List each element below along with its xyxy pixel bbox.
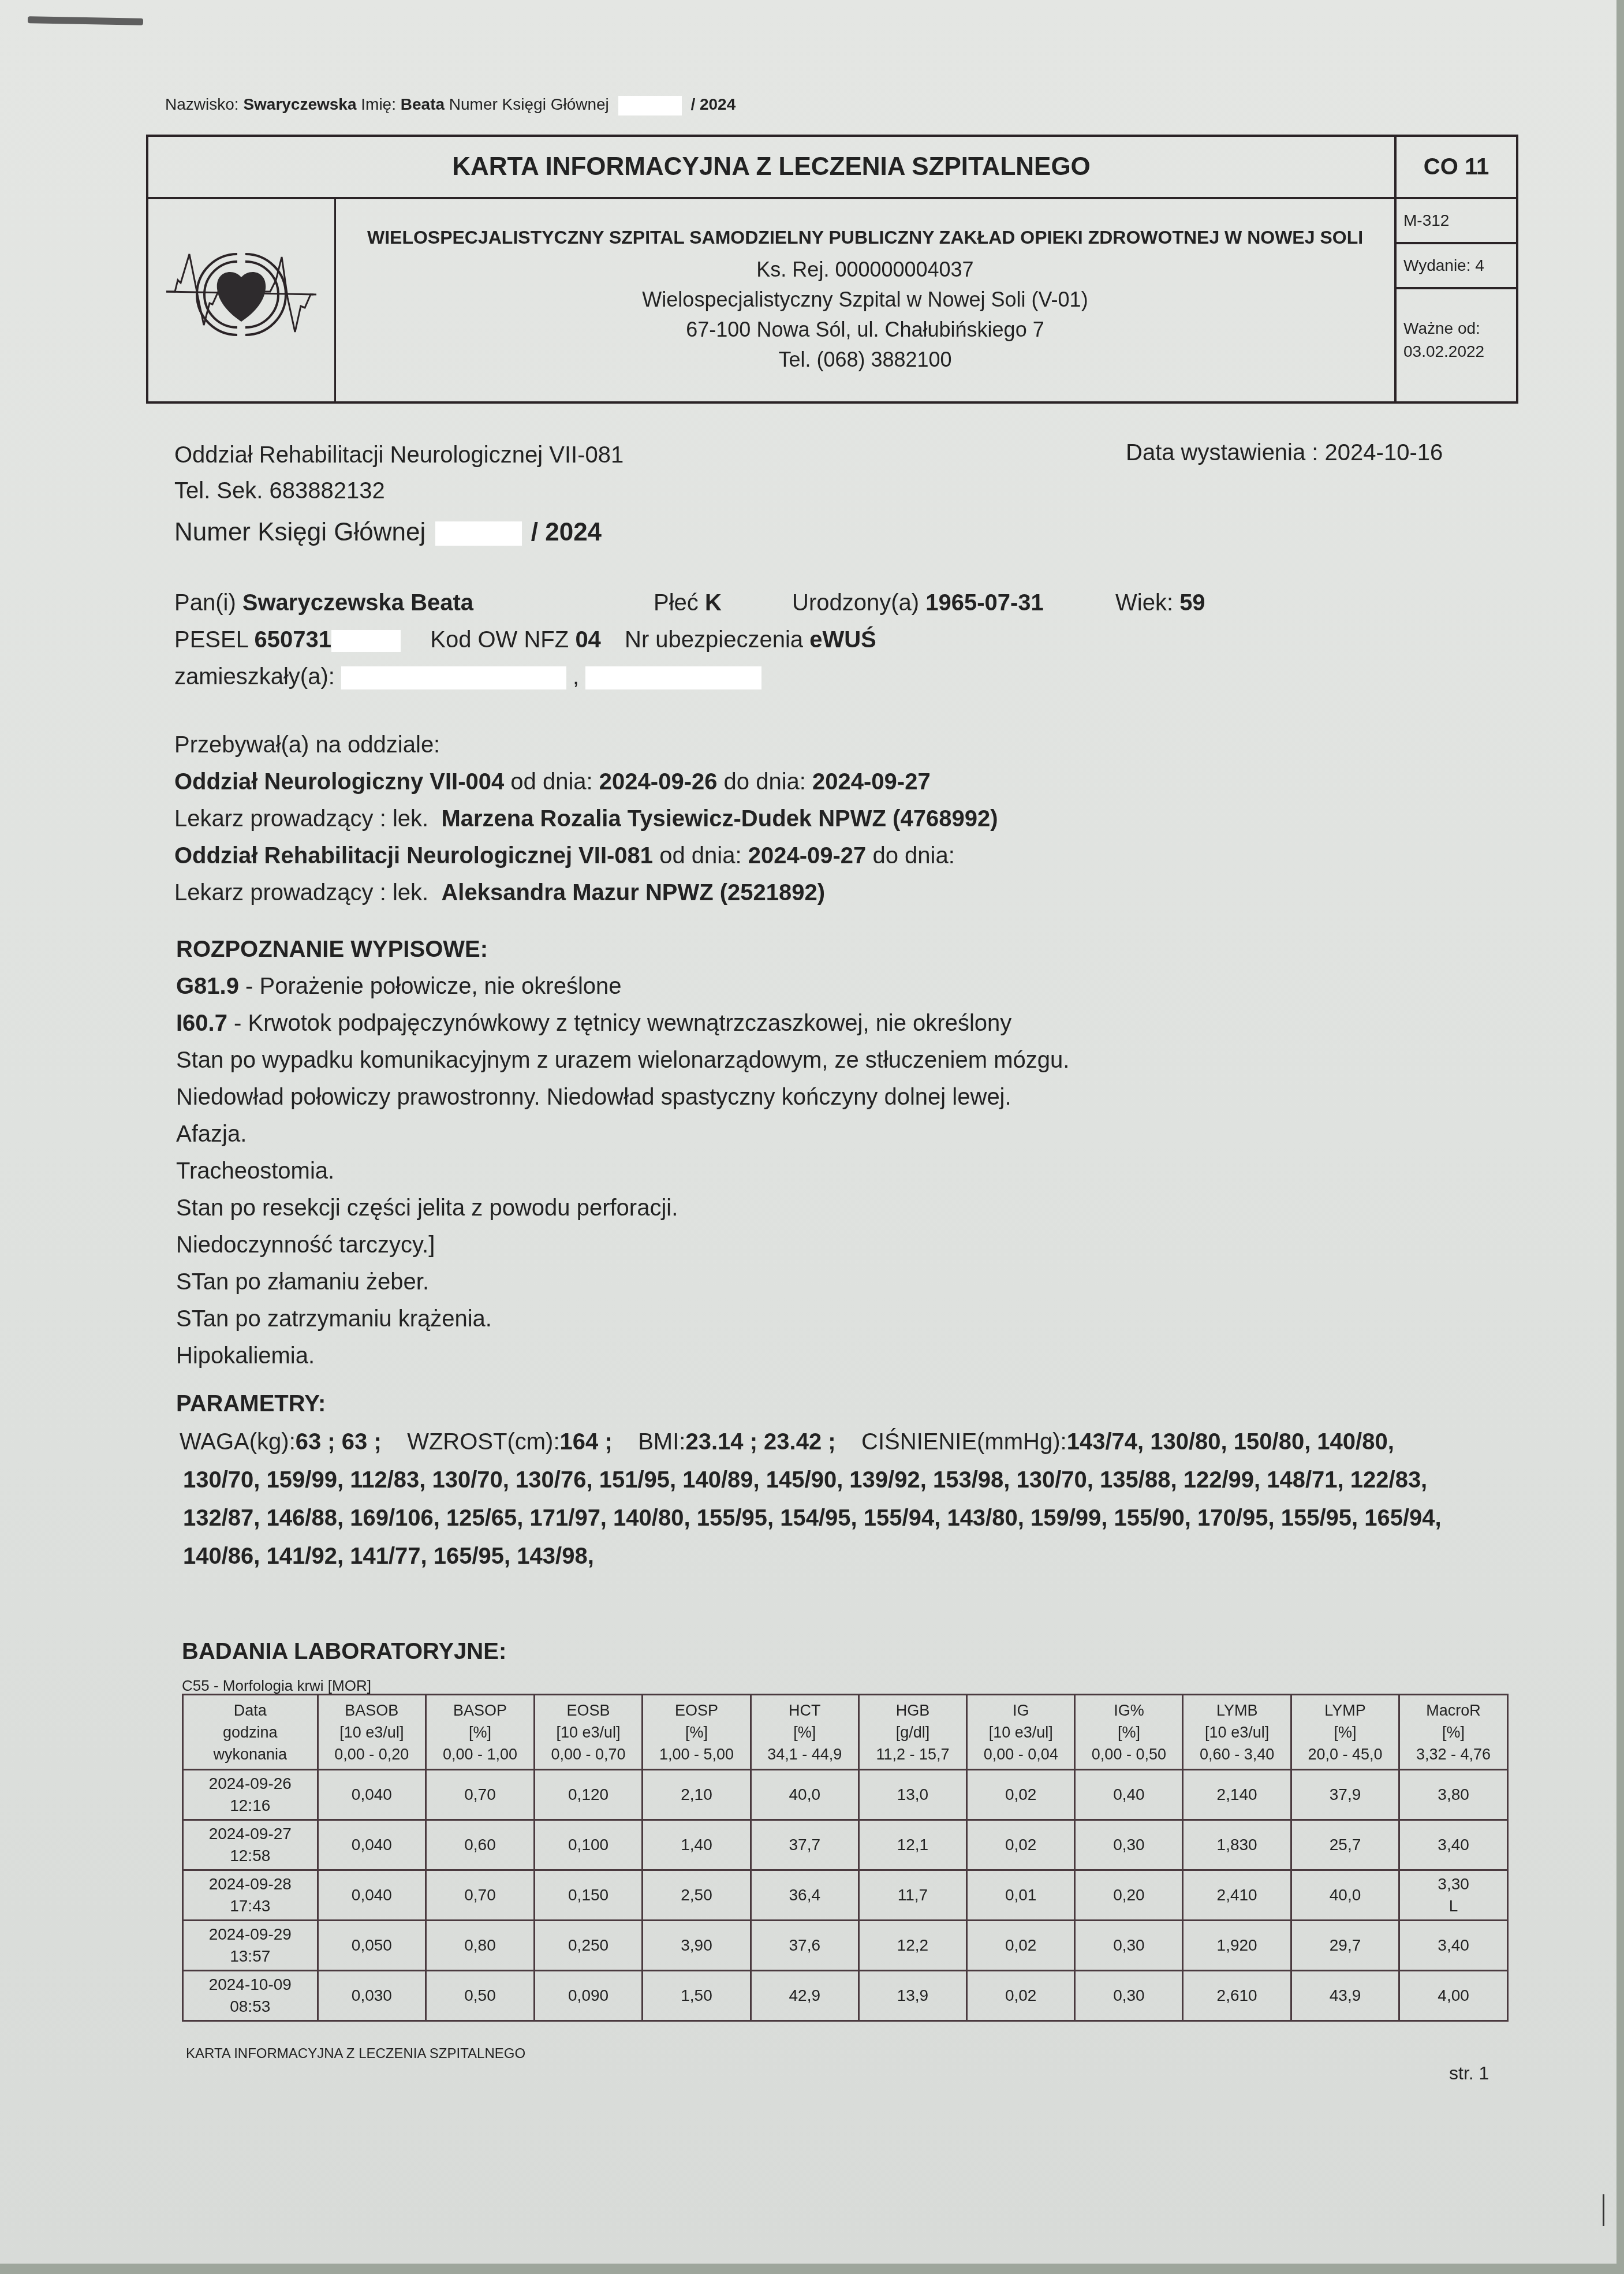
lab-value-cell: 0,050 (318, 1921, 426, 1971)
lab-value-cell: 0,30 (1075, 1971, 1183, 2021)
diagnosis-line: Niedowład połowiczy prawostronny. Niedow… (176, 1079, 1069, 1116)
address-separator: , (573, 664, 579, 689)
doctor-label: Lekarz prowadzący : lek. (174, 806, 428, 832)
lab-value-cell: 12,1 (858, 1820, 966, 1870)
lab-column-header: LYMB[10 e3/ul]0,60 - 3,40 (1183, 1695, 1291, 1770)
lab-value-cell: 0,250 (534, 1921, 642, 1971)
lab-value: 0,02 (968, 1784, 1074, 1806)
lab-value: 0,20 (1076, 1884, 1182, 1906)
bmi-value: 23.14 ; 23.42 (685, 1429, 822, 1455)
lab-column-header: EOSB[10 e3/ul]0,00 - 0,70 (534, 1695, 642, 1770)
diagnosis-line: Hipokaliemia. (176, 1337, 1069, 1374)
lab-column-header: BASOP[%]0,00 - 1,00 (426, 1695, 535, 1770)
lab-value-cell: 36,4 (751, 1870, 858, 1921)
valid-from-date: 03.02.2022 (1403, 340, 1516, 363)
lab-value-cell: 1,50 (643, 1971, 751, 2021)
lab-value: 36,4 (752, 1884, 858, 1906)
age-label: Wiek: (1115, 590, 1173, 616)
lab-value-cell: 0,02 (967, 1921, 1075, 1971)
lab-column-name: IG (968, 1699, 1074, 1721)
lab-value-cell: 0,100 (534, 1820, 642, 1870)
lab-row: 2024-09-2913:570,0500,800,2503,9037,612,… (183, 1921, 1508, 1971)
document-page: Nazwisko: Swaryczewska Imię: Beata Numer… (0, 0, 1616, 2264)
blood-pressure-label: CIŚNIENIE(mmHg): (861, 1429, 1067, 1455)
from-label: od dnia: (510, 769, 592, 795)
lab-column-name: MacroR (1400, 1699, 1507, 1721)
icd-description: - Krwotok podpajęczynówkowy z tętnicy we… (227, 1011, 1011, 1036)
lab-value-cell: 4,00 (1399, 1971, 1508, 2021)
lab-panel-name: C55 - Morfologia krwi [MOR] (182, 1677, 371, 1695)
lab-value-cell: 0,02 (967, 1820, 1075, 1870)
pen-mark (28, 16, 143, 25)
lab-value: 0,250 (535, 1934, 641, 1956)
lab-column-unit: [%] (1400, 1721, 1507, 1743)
lab-value: 29,7 (1292, 1934, 1398, 1956)
name-label: Imię: (361, 95, 396, 113)
lab-column-header: Datagodzinawykonania (183, 1695, 318, 1770)
document-title: KARTA INFORMACYJNA Z LECZENIA SZPITALNEG… (148, 137, 1394, 199)
from-date: 2024-09-27 (748, 843, 867, 868)
lab-column-range: 1,00 - 5,00 (643, 1743, 749, 1765)
lab-row: 2024-09-2612:160,0400,700,1202,1040,013,… (183, 1770, 1508, 1820)
lab-date: 2024-09-29 (184, 1923, 317, 1945)
book-number-label: Numer Księgi Głównej (449, 95, 609, 113)
lab-value: 0,70 (427, 1784, 533, 1806)
lab-heading: BADANIA LABORATORYJNE: (182, 1639, 506, 1665)
lab-value: 2,50 (643, 1884, 749, 1906)
lab-column-name: LYMB (1184, 1699, 1290, 1721)
diagnosis-line: Stan po wypadku komunikacyjnym z urazem … (176, 1042, 1069, 1079)
redacted-book-number (435, 521, 522, 546)
lab-column-header: IG[10 e3/ul]0,00 - 0,04 (967, 1695, 1075, 1770)
lab-column-unit: [%] (643, 1721, 749, 1743)
lab-column-name: HGB (860, 1699, 966, 1721)
hospital-stay: Przebywał(a) na oddziale: Oddział Neurol… (174, 726, 998, 911)
lab-column-header: BASOB[10 e3/ul]0,00 - 0,20 (318, 1695, 426, 1770)
lab-value: 37,9 (1292, 1784, 1398, 1806)
footer-title: KARTA INFORMACYJNA Z LECZENIA SZPITALNEG… (186, 2046, 525, 2062)
lab-flag: L (1400, 1895, 1507, 1917)
registry-number: Ks. Rej. 000000004037 (336, 255, 1394, 285)
form-number: M-312 (1397, 199, 1516, 244)
icd-code: I60.7 (176, 1011, 227, 1036)
height-label: WZROST(cm): (407, 1429, 559, 1455)
lab-value: 0,30 (1076, 1985, 1182, 2007)
lab-value: 40,0 (1292, 1884, 1398, 1906)
lab-column-range: 0,00 - 0,70 (535, 1743, 641, 1765)
lab-value: 0,150 (535, 1884, 641, 1906)
lab-value: 0,30 (1076, 1934, 1182, 1956)
lab-value-cell: 0,01 (967, 1870, 1075, 1921)
lab-date: 2024-09-26 (184, 1773, 317, 1795)
patient-birth-date: 1965-07-31 (925, 590, 1044, 616)
lab-value-cell: 29,7 (1291, 1921, 1399, 1971)
nfz-code: 04 (575, 627, 601, 653)
lab-column-range: 20,0 - 45,0 (1292, 1743, 1398, 1765)
lab-value: 43,9 (1292, 1985, 1398, 2007)
lab-header-row: DatagodzinawykonaniaBASOB[10 e3/ul]0,00 … (183, 1695, 1508, 1770)
issue-date: Data wystawienia : 2024-10-16 (1126, 440, 1443, 466)
lab-value: 2,140 (1184, 1784, 1290, 1806)
lab-date: 2024-09-28 (184, 1873, 317, 1895)
lab-value-cell: 43,9 (1291, 1971, 1399, 2021)
lab-value-cell: 2,610 (1183, 1971, 1291, 2021)
from-label: od dnia: (659, 843, 741, 868)
lab-date-cell: 2024-09-2817:43 (183, 1870, 318, 1921)
lab-value-cell: 0,040 (318, 1820, 426, 1870)
lab-value: 0,040 (319, 1784, 425, 1806)
lab-value-cell: 12,2 (858, 1921, 966, 1971)
lab-column-name: BASOB (319, 1699, 425, 1721)
lab-value-cell: 3,40 (1399, 1820, 1508, 1870)
lab-column-range: 0,60 - 3,40 (1184, 1743, 1290, 1765)
department-book-number: Numer Księgi Głównej / 2024 (174, 515, 624, 550)
form-edition: Wydanie: 4 (1397, 244, 1516, 289)
lab-value-cell: 1,920 (1183, 1921, 1291, 1971)
lab-value: 1,40 (643, 1834, 749, 1856)
patient-info: Pan(i) Swaryczewska Beata Płeć K Urodzon… (174, 584, 1205, 695)
discharge-diagnosis: ROZPOZNANIE WYPISOWE: G81.9 - Porażenie … (176, 931, 1069, 1374)
lab-value-cell: 0,80 (426, 1921, 535, 1971)
pesel-number: 650731 (255, 627, 331, 653)
heart-ecg-logo-icon (163, 251, 319, 349)
lab-value: 25,7 (1292, 1834, 1398, 1856)
lab-value: 0,120 (535, 1784, 641, 1806)
lab-value: 0,100 (535, 1834, 641, 1856)
lab-value: 0,02 (968, 1985, 1074, 2007)
lab-value: 42,9 (752, 1985, 858, 2007)
lab-value-cell: 11,7 (858, 1870, 966, 1921)
doctor-name: Marzena Rozalia Tysiewicz-Dudek NPWZ (47… (441, 806, 998, 832)
logo-cell (148, 199, 336, 401)
lab-value-cell: 0,50 (426, 1971, 535, 2021)
lab-column-name: IG% (1076, 1699, 1182, 1721)
lab-date-cell: 2024-10-0908:53 (183, 1971, 318, 2021)
redacted-address (341, 666, 566, 689)
lab-value: 12,1 (860, 1834, 966, 1856)
lab-date-cell: 2024-09-2612:16 (183, 1770, 318, 1820)
lab-column-range: 3,32 - 4,76 (1400, 1743, 1507, 1765)
hospital-phone: Tel. (068) 3882100 (336, 345, 1394, 375)
diagnosis-coded: G81.9 - Porażenie połowicze, nie określo… (176, 968, 1069, 1005)
doctor-label: Lekarz prowadzący : lek. (174, 880, 428, 905)
lab-value: 4,00 (1400, 1985, 1507, 2007)
hospital-address: 67-100 Nowa Sól, ul. Chałubińskiego 7 (336, 315, 1394, 345)
lab-value-cell: 1,40 (643, 1820, 751, 1870)
stay-entry: Oddział Rehabilitacji Neurologicznej VII… (174, 837, 998, 874)
lab-value-cell: 40,0 (1291, 1870, 1399, 1921)
stay-intro: Przebywał(a) na oddziale: (174, 726, 998, 763)
lab-value-cell: 0,40 (1075, 1770, 1183, 1820)
lab-time: 08:53 (184, 1996, 317, 2018)
ward-name: Oddział Neurologiczny VII-004 (174, 769, 504, 795)
lab-value: 37,6 (752, 1934, 858, 1956)
lab-column-range: 0,00 - 1,00 (427, 1743, 533, 1765)
lab-time: 12:16 (184, 1795, 317, 1817)
patient-name: Swaryczewska Beata (242, 590, 473, 616)
from-date: 2024-09-26 (599, 769, 718, 795)
lab-value: 0,50 (427, 1985, 533, 2007)
lab-value: 3,90 (643, 1934, 749, 1956)
lab-value: 0,040 (319, 1834, 425, 1856)
lab-value: 0,70 (427, 1884, 533, 1906)
sex-label: Płeć (654, 590, 699, 616)
lab-value: 2,10 (643, 1784, 749, 1806)
lab-column-range: 0,00 - 0,20 (319, 1743, 425, 1765)
lab-value: 3,80 (1400, 1784, 1507, 1806)
lab-value-cell: 0,040 (318, 1870, 426, 1921)
lab-column-range: 11,2 - 15,7 (860, 1743, 966, 1765)
redacted-city (585, 666, 761, 689)
lab-value: 0,040 (319, 1884, 425, 1906)
lab-value: 12,2 (860, 1934, 966, 1956)
lab-value-cell: 2,410 (1183, 1870, 1291, 1921)
redacted-pesel (331, 630, 401, 652)
pesel-label: PESEL (174, 627, 248, 653)
lab-value: 0,02 (968, 1934, 1074, 1956)
height-value: 164 (560, 1429, 599, 1455)
to-label: do dnia: (724, 769, 806, 795)
lab-value-cell: 0,02 (967, 1971, 1075, 2021)
lab-column-unit: godzina (184, 1721, 317, 1743)
form-meta: CO 11 M-312 Wydanie: 4 Ważne od: 03.02.2… (1394, 137, 1516, 401)
page-number: str. 1 (1449, 2063, 1489, 2084)
lab-value: 0,40 (1076, 1784, 1182, 1806)
diagnosis-line: STan po zatrzymaniu krążenia. (176, 1300, 1069, 1337)
lab-value: 1,50 (643, 1985, 749, 2007)
book-year: / 2024 (690, 95, 736, 113)
book-year: / 2024 (531, 518, 602, 546)
lab-column-header: EOSP[%]1,00 - 5,00 (643, 1695, 751, 1770)
ward-name: Oddział Rehabilitacji Neurologicznej VII… (174, 843, 653, 868)
first-name: Beata (401, 95, 445, 113)
nfz-label: Kod OW NFZ (430, 627, 569, 653)
icd-code: G81.9 (176, 974, 239, 999)
institution-name: WIELOSPECJALISTYCZNY SZPITAL SAMODZIELNY… (336, 222, 1394, 252)
lab-value-cell: 3,30L (1399, 1870, 1508, 1921)
lab-column-unit: [%] (1076, 1721, 1182, 1743)
top-identification-line: Nazwisko: Swaryczewska Imię: Beata Numer… (165, 95, 736, 115)
lab-value: 1,920 (1184, 1934, 1290, 1956)
lab-value: 0,60 (427, 1834, 533, 1856)
hospital-name: Wielospecjalistyczny Szpital w Nowej Sol… (336, 285, 1394, 315)
patient-sex: K (705, 590, 722, 616)
lab-value: 3,40 (1400, 1834, 1507, 1856)
lab-value-cell: 2,50 (643, 1870, 751, 1921)
redacted-book-number (618, 96, 682, 115)
department-name: Oddział Rehabilitacji Neurologicznej VII… (174, 437, 624, 473)
lab-row: 2024-09-2817:430,0400,700,1502,5036,411,… (183, 1870, 1508, 1921)
lab-value-cell: 37,7 (751, 1820, 858, 1870)
lab-value: 2,410 (1184, 1884, 1290, 1906)
lab-date: 2024-10-09 (184, 1974, 317, 1996)
book-number-label: Numer Księgi Głównej (174, 518, 425, 546)
lab-column-range: wykonania (184, 1743, 317, 1765)
lab-column-unit: [10 e3/ul] (968, 1721, 1074, 1743)
lab-value-cell: 0,60 (426, 1820, 535, 1870)
lab-value-cell: 0,040 (318, 1770, 426, 1820)
diagnosis-line: STan po złamaniu żeber. (176, 1263, 1069, 1300)
patient-line-3: zamieszkały(a): , (174, 658, 1205, 695)
lab-value-cell: 37,6 (751, 1921, 858, 1971)
lab-value-cell: 1,830 (1183, 1820, 1291, 1870)
attending-doctor: Lekarz prowadzący : lek. Marzena Rozalia… (174, 800, 998, 837)
stay-entry: Oddział Neurologiczny VII-004 od dnia: 2… (174, 763, 998, 800)
to-date: 2024-09-27 (812, 769, 931, 795)
lab-column-range: 0,00 - 0,04 (968, 1743, 1074, 1765)
lab-value: 11,7 (860, 1884, 966, 1906)
lab-time: 13:57 (184, 1945, 317, 1967)
lab-date-cell: 2024-09-2712:58 (183, 1820, 318, 1870)
diagnosis-line: Tracheostomia. (176, 1153, 1069, 1190)
pen-mark (1603, 2194, 1604, 2226)
lab-column-name: BASOP (427, 1699, 533, 1721)
lab-value: 3,40 (1400, 1934, 1507, 1956)
parameters-values: WAGA(kg):63 ; 63 ; WZROST(cm):164 ; BMI:… (176, 1423, 1475, 1575)
lab-value-cell: 42,9 (751, 1971, 858, 2021)
lab-value: 3,30 (1400, 1873, 1507, 1895)
form-header: KARTA INFORMACYJNA Z LECZENIA SZPITALNEG… (146, 135, 1518, 404)
form-code: CO 11 (1397, 137, 1516, 199)
lab-value-cell: 3,80 (1399, 1770, 1508, 1820)
title-label: Pan(i) (174, 590, 236, 616)
lab-value: 0,02 (968, 1834, 1074, 1856)
department-phone: Tel. Sek. 683882132 (174, 473, 624, 509)
lab-column-name: EOSP (643, 1699, 749, 1721)
lab-value: 0,090 (535, 1985, 641, 2007)
lab-value-cell: 37,9 (1291, 1770, 1399, 1820)
lab-value-cell: 0,120 (534, 1770, 642, 1820)
lab-value-cell: 0,70 (426, 1770, 535, 1820)
weight-label: WAGA(kg): (180, 1429, 296, 1455)
diagnosis-line: Stan po resekcji części jelita z powodu … (176, 1190, 1069, 1227)
lab-value: 40,0 (752, 1784, 858, 1806)
diagnosis-line: Afazja. (176, 1116, 1069, 1153)
insurance-value: eWUŚ (809, 627, 876, 653)
lab-column-header: HCT[%]34,1 - 44,9 (751, 1695, 858, 1770)
lab-column-header: LYMP[%]20,0 - 45,0 (1291, 1695, 1399, 1770)
lab-value-cell: 13,9 (858, 1971, 966, 2021)
lab-column-unit: [10 e3/ul] (319, 1721, 425, 1743)
lab-value: 13,0 (860, 1784, 966, 1806)
lab-column-unit: [%] (752, 1721, 858, 1743)
lab-value-cell: 0,030 (318, 1971, 426, 2021)
lab-time: 17:43 (184, 1895, 317, 1917)
lab-results-table: DatagodzinawykonaniaBASOB[10 e3/ul]0,00 … (182, 1694, 1509, 2022)
lab-column-unit: [g/dl] (860, 1721, 966, 1743)
lab-column-header: HGB[g/dl]11,2 - 15,7 (858, 1695, 966, 1770)
lab-column-unit: [10 e3/ul] (535, 1721, 641, 1743)
lab-value-cell: 3,90 (643, 1921, 751, 1971)
lab-value: 0,030 (319, 1985, 425, 2007)
born-label: Urodzony(a) (792, 590, 919, 616)
lab-value-cell: 2,140 (1183, 1770, 1291, 1820)
department-info: Oddział Rehabilitacji Neurologicznej VII… (174, 437, 624, 550)
lab-value-cell: 25,7 (1291, 1820, 1399, 1870)
parameters-heading: PARAMETRY: (176, 1385, 1475, 1423)
institution-info: WIELOSPECJALISTYCZNY SZPITAL SAMODZIELNY… (336, 199, 1394, 401)
lab-value: 2,610 (1184, 1985, 1290, 2007)
lab-value-cell: 0,02 (967, 1770, 1075, 1820)
lab-column-header: MacroR[%]3,32 - 4,76 (1399, 1695, 1508, 1770)
surname: Swaryczewska (243, 95, 356, 113)
lab-value: 13,9 (860, 1985, 966, 2007)
lab-row: 2024-09-2712:580,0400,600,1001,4037,712,… (183, 1820, 1508, 1870)
lab-column-name: EOSB (535, 1699, 641, 1721)
valid-from: Ważne od: 03.02.2022 (1397, 289, 1516, 363)
address-label: zamieszkały(a): (174, 664, 335, 689)
doctor-name: Aleksandra Mazur NPWZ (2521892) (441, 880, 825, 905)
lab-value-cell: 0,150 (534, 1870, 642, 1921)
lab-value-cell: 0,30 (1075, 1921, 1183, 1971)
lab-column-name: Data (184, 1699, 317, 1721)
lab-value-cell: 2,10 (643, 1770, 751, 1820)
lab-value: 0,80 (427, 1934, 533, 1956)
lab-value-cell: 0,30 (1075, 1820, 1183, 1870)
lab-value: 0,30 (1076, 1834, 1182, 1856)
lab-value-cell: 0,70 (426, 1870, 535, 1921)
lab-value-cell: 3,40 (1399, 1921, 1508, 1971)
patient-age: 59 (1179, 590, 1205, 616)
lab-row: 2024-10-0908:530,0300,500,0901,5042,913,… (183, 1971, 1508, 2021)
diagnosis-coded: I60.7 - Krwotok podpajęczynówkowy z tętn… (176, 1005, 1069, 1042)
lab-date-cell: 2024-09-2913:57 (183, 1921, 318, 1971)
lab-column-unit: [%] (1292, 1721, 1398, 1743)
insurance-label: Nr ubezpieczenia (625, 627, 803, 653)
lab-column-range: 34,1 - 44,9 (752, 1743, 858, 1765)
attending-doctor: Lekarz prowadzący : lek. Aleksandra Mazu… (174, 874, 998, 911)
lab-value: 37,7 (752, 1834, 858, 1856)
lab-value: 0,01 (968, 1884, 1074, 1906)
diagnosis-heading: ROZPOZNANIE WYPISOWE: (176, 937, 488, 962)
parameters: PARAMETRY: WAGA(kg):63 ; 63 ; WZROST(cm)… (176, 1385, 1475, 1575)
lab-time: 12:58 (184, 1845, 317, 1867)
lab-value-cell: 0,20 (1075, 1870, 1183, 1921)
lab-column-unit: [10 e3/ul] (1184, 1721, 1290, 1743)
bmi-label: BMI: (638, 1429, 685, 1455)
patient-line-2: PESEL 650731 Kod OW NFZ 04 Nr ubezpiecze… (174, 621, 1205, 658)
lab-column-unit: [%] (427, 1721, 533, 1743)
patient-line-1: Pan(i) Swaryczewska Beata Płeć K Urodzon… (174, 584, 1205, 621)
lab-column-range: 0,00 - 0,50 (1076, 1743, 1182, 1765)
lab-value: 0,050 (319, 1934, 425, 1956)
lab-column-name: LYMP (1292, 1699, 1398, 1721)
lab-value: 1,830 (1184, 1834, 1290, 1856)
diagnosis-line: Niedoczynność tarczycy.] (176, 1227, 1069, 1263)
to-label: do dnia: (872, 843, 954, 868)
lab-column-header: IG%[%]0,00 - 0,50 (1075, 1695, 1183, 1770)
lab-value-cell: 40,0 (751, 1770, 858, 1820)
valid-from-label: Ważne od: (1403, 317, 1516, 340)
lab-date: 2024-09-27 (184, 1823, 317, 1845)
lab-value-cell: 0,090 (534, 1971, 642, 2021)
lab-value-cell: 13,0 (858, 1770, 966, 1820)
lab-column-name: HCT (752, 1699, 858, 1721)
icd-description: - Porażenie połowicze, nie określone (239, 974, 622, 999)
surname-label: Nazwisko: (165, 95, 239, 113)
weight-value: 63 ; 63 (296, 1429, 368, 1455)
